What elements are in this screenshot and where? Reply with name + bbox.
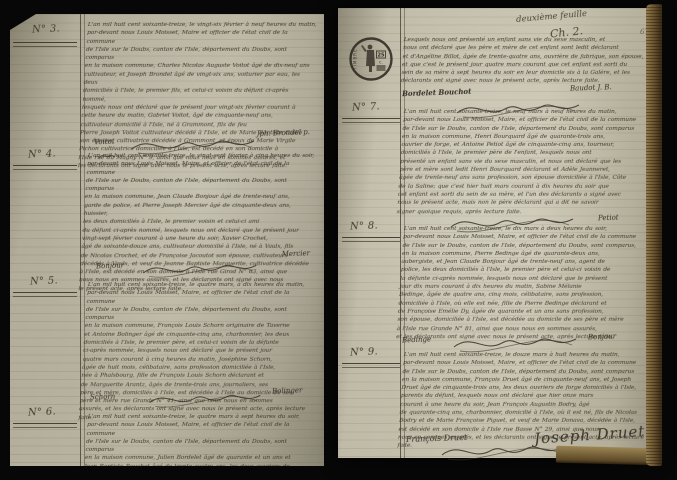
left-page: N° 3. L'an mil huit cent soixante-treize… xyxy=(10,14,324,466)
entry-6-text: L'an mil huit cent soixante-treize, le q… xyxy=(83,413,318,479)
entry-7-signature-declarant2: Petiot xyxy=(598,214,619,223)
register-scan: N° 3. L'an mil huit cent soixante-treize… xyxy=(0,0,677,480)
sheet-number-note: deuxième feuille xyxy=(516,9,588,25)
entry-3-rule xyxy=(13,42,77,47)
entry-7-rule xyxy=(342,118,400,123)
entry-8-rule xyxy=(342,237,400,242)
stamp-figure-head xyxy=(368,45,373,50)
entry-4-signature-declarant1: Bonjour xyxy=(96,262,124,271)
entry-5-rule xyxy=(13,292,77,297)
mayor-paraph-flourish xyxy=(146,388,264,414)
book-fore-edge xyxy=(646,4,662,466)
stamp-value: 25 xyxy=(378,53,385,59)
entry-6-rule xyxy=(13,423,77,428)
entry-number-9: N° 9. xyxy=(350,347,378,359)
entry-5-signature-declarant1: Schorn xyxy=(90,393,116,402)
continuation-text: Lesquels nous ont présenté un enfant san… xyxy=(401,36,650,86)
mayor-paraph-flourish xyxy=(438,440,568,466)
continuation-signature-right: Baudot J. B. xyxy=(570,83,612,92)
entry-number-4: N° 4. xyxy=(28,149,56,161)
stamp-word: TIMBRE xyxy=(353,48,358,70)
entry-4-rule xyxy=(13,165,77,170)
stamp-cartouche xyxy=(377,65,386,71)
entry-number-7: N° 7. xyxy=(352,102,380,114)
timbre-stamp: 25 c. TIMBRE xyxy=(348,36,394,86)
entry-5-signature-declarant2: Bolinger xyxy=(272,386,303,395)
stamp-unit: c. xyxy=(379,61,383,66)
entry-8-text: L'an mil huit cent soixante-treize, le d… xyxy=(396,225,650,341)
entry-9-rule xyxy=(342,363,400,368)
page-stack-corner xyxy=(556,446,660,466)
entry-8-signature-declarant2: Bonjour xyxy=(588,333,616,342)
entry-number-8: N° 8. xyxy=(350,221,378,233)
continuation-signature-declarants: Bordelet Bouchot xyxy=(402,87,472,98)
right-page: deuxième feuille Ch. 2. 67 25 c. TIMBRE … xyxy=(338,8,654,458)
entry-number-6: N° 6. xyxy=(28,407,56,419)
entry-number-5: N° 5. xyxy=(30,276,58,288)
entry-8-signature-declarant1: Bedinge xyxy=(402,335,431,344)
entry-7-text: L'an mil huit cent soixante-treize, le n… xyxy=(396,108,650,216)
entry-number-3: N° 3. xyxy=(32,24,60,36)
